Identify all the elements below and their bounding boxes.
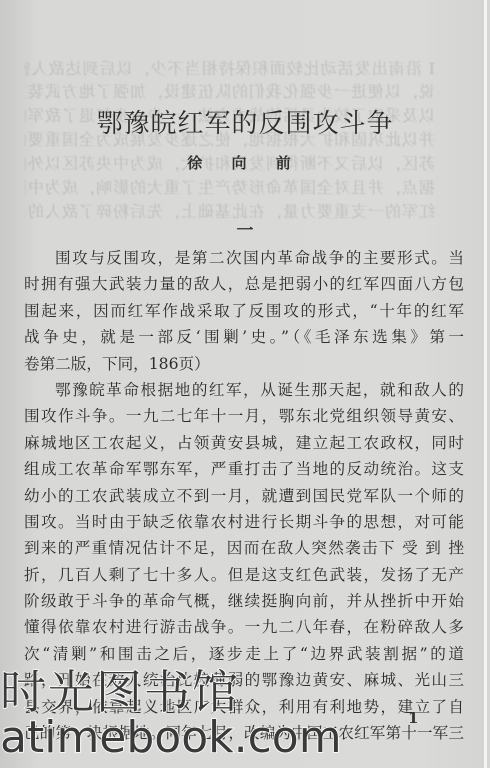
article-title: 鄂豫皖红军的反围攻斗争 bbox=[0, 103, 490, 140]
scanned-page: I 沿南出发活动比较面积保持相当不少，以后到达敌人密集地区围攻 说，以便进一步强… bbox=[0, 0, 487, 768]
paragraph-1-line: 战争史，就是一部反‘围剿’史。”（《毛泽东选集》第一 bbox=[24, 324, 464, 350]
section-number: 一 bbox=[0, 216, 490, 241]
bleed-through-line: 据点，并且对全国革命形势产生了重大的影响，成为中国工农 bbox=[25, 179, 435, 196]
bleed-through-line: I 沿南出发活动比较面积保持相当不少，以后到达敌人密集地区围攻 bbox=[25, 60, 435, 77]
paragraph-2-line: 阶级敢于斗争的革命气概，继续挺胸向前，并从挫折中开始 bbox=[24, 588, 464, 614]
paragraph-2-line: 围攻。当时由于缺乏依靠农村进行长期斗争的思想，对可能 bbox=[24, 509, 464, 535]
paragraph-2-line: 组成工农革命军鄂东军，严重打击了当地的反动统治。这支 bbox=[24, 456, 464, 482]
paragraph-1-line: 卷第二版，下同，186页） bbox=[24, 351, 464, 377]
paragraph-2-line: 鄂豫皖革命根据地的红军，从诞生那天起，就和敌人的 bbox=[24, 377, 464, 403]
paragraph-2-line: 围攻作斗争。一九二七年十一月，鄂东北党组织领导黄安、 bbox=[24, 403, 464, 429]
paragraph-1-line: 围攻与反围攻，是第二次国内革命战争的主要形式。当 bbox=[24, 245, 464, 271]
paragraph-2-line: 麻城地区工农起义，占领黄安县城，建立起工农政权，同时 bbox=[24, 430, 464, 456]
paragraph-2-line: 到来的严重情况估计不足，因而在敌人突然袭击下 受 到 挫 bbox=[24, 535, 464, 561]
article-author: 徐 向 前 bbox=[0, 152, 490, 173]
bleed-through-line: 说，以便进一步强化我们的队伍建设，加强了地方武装力量， bbox=[25, 83, 435, 100]
paragraph-1-line: 时拥有强大武装力量的敌人，总是把弱小的红军四面八方包 bbox=[24, 271, 464, 297]
page-number: 1 bbox=[408, 709, 418, 727]
paragraph-2-line: 折，几百人剩了七十多人。但是这支红色武装，发扬了无产 bbox=[24, 562, 464, 588]
paragraph-2-line: 懂得依靠农村进行游击战争。一九二八年春，在粉碎敌人多 bbox=[24, 614, 464, 640]
paragraph-2-line: 幼小的工农武装成立不到一月，就遭到国民党军队一个师的 bbox=[24, 483, 464, 509]
paragraph-1-line: 围起来，因而红军作战采取了反围攻的形式，“十年的红军 bbox=[24, 298, 464, 324]
watermark-url: atimebook.com bbox=[0, 712, 342, 763]
